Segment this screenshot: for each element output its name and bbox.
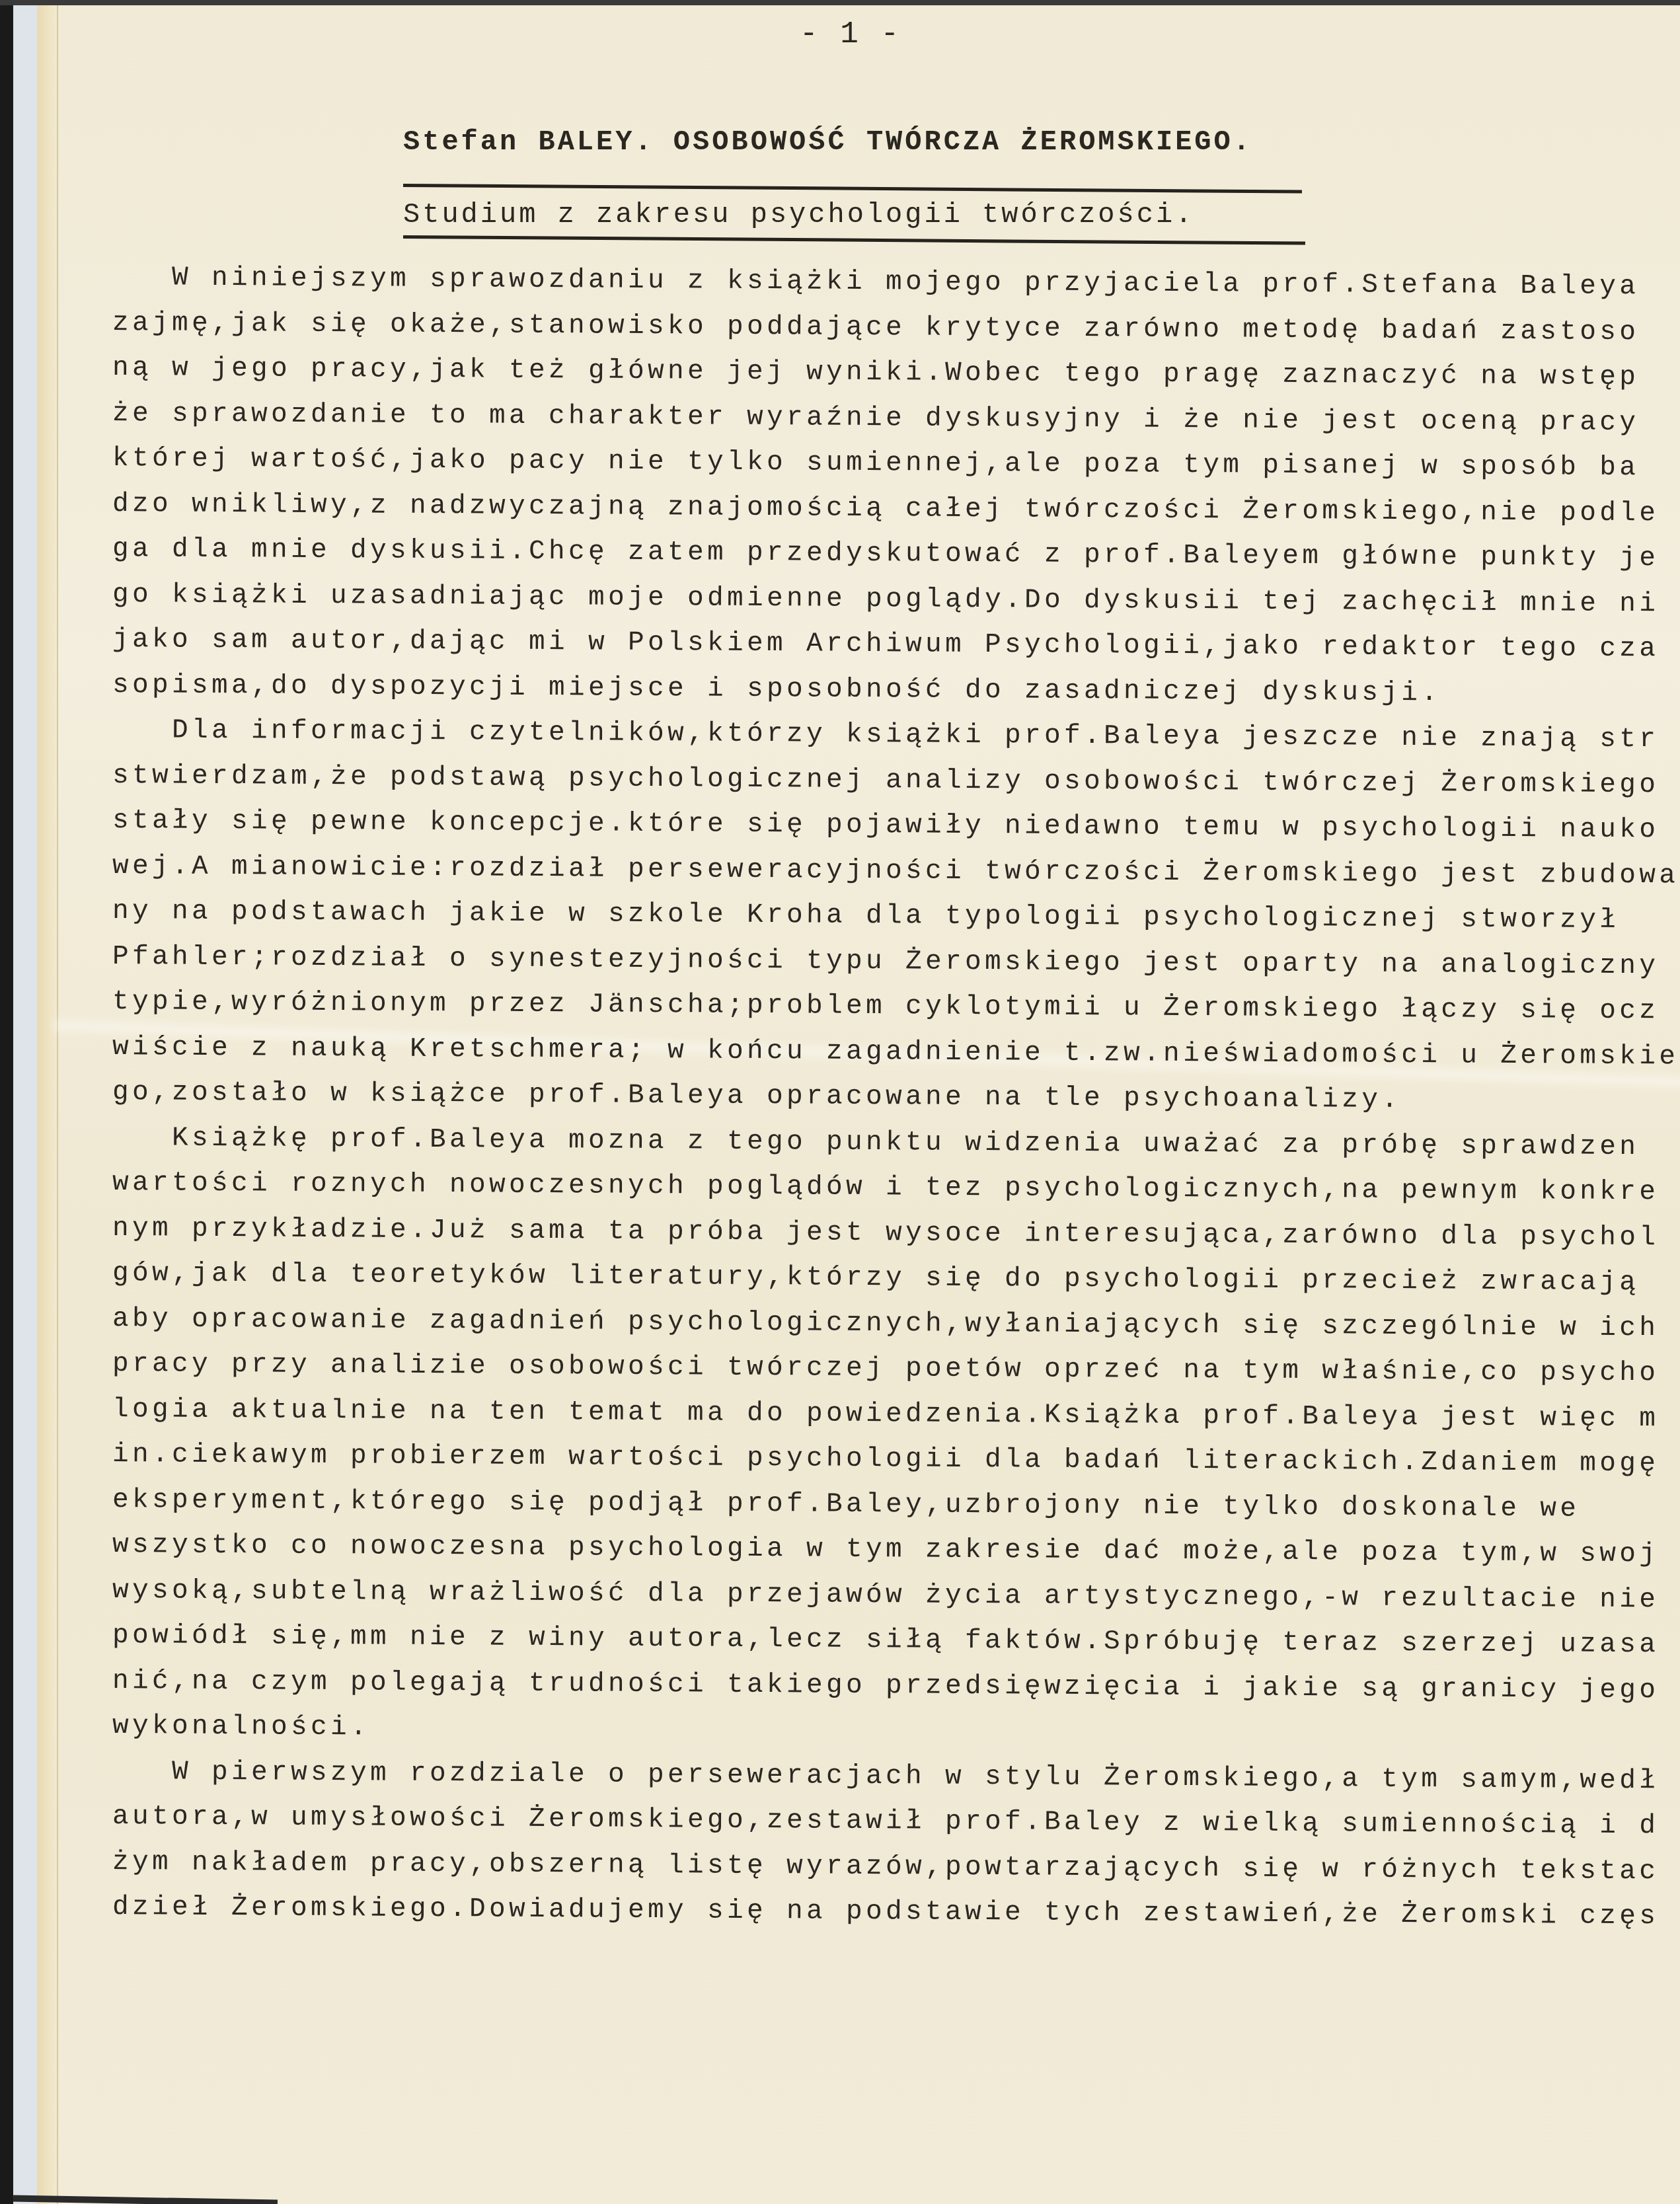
body-text: W niniejszym sprawozdaniu z książki moje… [112, 255, 1680, 1930]
text-line: dzieł Żeromskiego.Dowiadujemy się na pod… [112, 1885, 1680, 1940]
title-underline [403, 184, 1302, 193]
scan-top-edge [0, 0, 1680, 5]
typed-page: - 1 - Stefan BALEY. OSOBOWOŚĆ TWÓRCZA ŻE… [13, 4, 1680, 2204]
subtitle-underline [403, 235, 1305, 245]
document-subtitle: Studium z zakresu psychologii twórczości… [403, 199, 1194, 231]
page-number: - 1 - [800, 17, 901, 52]
document-title: Stefan BALEY. OSOBOWOŚĆ TWÓRCZA ŻEROMSKI… [403, 126, 1252, 158]
scan-background-edge [13, 4, 37, 2204]
page-left-fold [37, 4, 58, 2204]
